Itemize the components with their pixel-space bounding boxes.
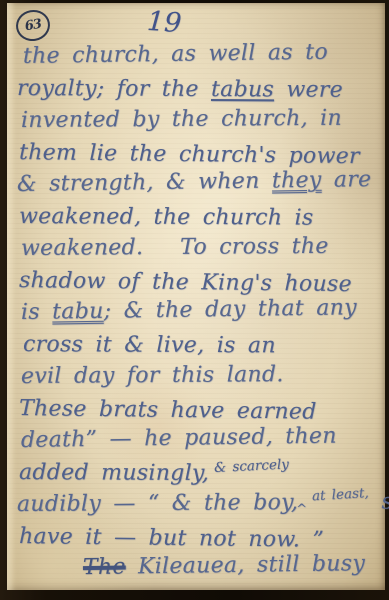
manuscript-line: death” — he paused, then bbox=[17, 423, 385, 460]
manuscript-page: 63 19 the church, as well as toroyalty; … bbox=[7, 3, 385, 590]
manuscript-segment: Kileauea, still busy bbox=[126, 551, 366, 579]
manuscript-segment: the church, as well as to bbox=[23, 40, 328, 69]
manuscript-segment-insert: & scarcely bbox=[214, 456, 289, 476]
manuscript-segment-insert: at least, bbox=[312, 485, 370, 504]
manuscript-segment: weakened, the church is bbox=[19, 204, 314, 231]
manuscript-segment: evil day for this land. bbox=[21, 362, 284, 389]
manuscript-segment-uu: they bbox=[272, 168, 322, 194]
manuscript-segment: them lie the church's power bbox=[19, 140, 360, 169]
manuscript-segment: were bbox=[274, 77, 343, 102]
manuscript-segment-uu: tabu bbox=[52, 299, 104, 325]
manuscript-segment: invented by the church, in bbox=[21, 106, 342, 133]
manuscript-line: audibly — “ & the boy,^at least, shall bbox=[17, 489, 385, 524]
corner-badge-number: 63 bbox=[24, 17, 42, 35]
manuscript-segment: audibly — “ & the boy, bbox=[17, 490, 298, 517]
page-number: 19 bbox=[146, 6, 182, 39]
manuscript-segment: shall bbox=[369, 489, 389, 514]
manuscript-segment: death” — he paused, then bbox=[21, 424, 337, 453]
manuscript-line: the church, as well as to bbox=[17, 39, 385, 76]
manuscript-segment: cross it & live, is an bbox=[23, 332, 276, 358]
manuscript-segment: These brats have earned bbox=[19, 396, 317, 425]
manuscript-line: weakened. To cross the bbox=[17, 233, 385, 268]
corner-badge: 63 bbox=[14, 7, 53, 43]
manuscript-line: The Kileauea, still busy bbox=[17, 551, 385, 588]
manuscript-line: & strength, & when they are bbox=[17, 167, 385, 204]
manuscript-segment: weakened. To cross the bbox=[21, 234, 329, 261]
manuscript-segment: ; & the day that any bbox=[103, 295, 357, 324]
manuscript-segment-caret: ^ bbox=[296, 502, 307, 517]
manuscript-segment: & strength, & when bbox=[17, 168, 272, 197]
manuscript-line: evil day for this land. bbox=[17, 361, 385, 396]
manuscript-segment: are bbox=[321, 167, 371, 193]
manuscript-segment: is bbox=[21, 300, 53, 325]
manuscript-segment-strike: The bbox=[83, 554, 126, 580]
manuscript-line: invented by the church, in bbox=[17, 105, 385, 140]
notebook-photo: 63 19 the church, as well as toroyalty; … bbox=[0, 0, 389, 600]
manuscript-segment: shadow of the King's house bbox=[19, 268, 352, 297]
manuscript-segment: added musingly, bbox=[19, 460, 209, 486]
manuscript-segment: royalty; for the bbox=[17, 76, 211, 102]
manuscript-line: is tabu; & the day that any bbox=[17, 295, 385, 332]
manuscript-segment-u: tabus bbox=[211, 77, 274, 102]
manuscript-lines: the church, as well as toroyalty; for th… bbox=[17, 44, 385, 588]
manuscript-segment: have it — but not now. ” bbox=[19, 524, 324, 553]
